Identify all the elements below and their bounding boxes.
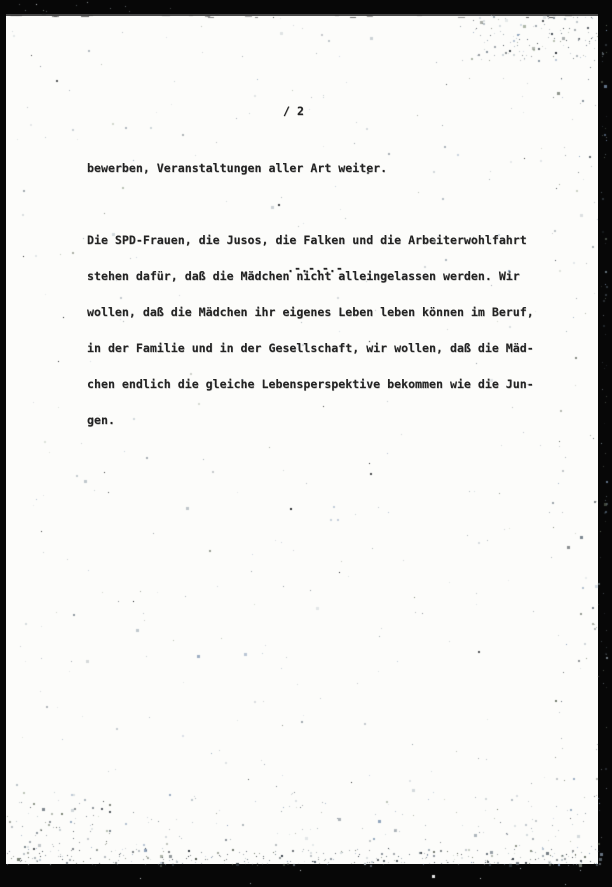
text-line: bewerben, Veranstaltungen aller Art weit… xyxy=(87,162,534,174)
document-page: / 2 bewerben, Veranstaltungen aller Art … xyxy=(6,14,598,864)
text-line: in der Familie und in der Gesellschaft, … xyxy=(87,342,534,354)
text-line: Die SPD-Frauen, die Jusos, die Falken un… xyxy=(87,234,534,246)
scanned-document: / 2 bewerben, Veranstaltungen aller Art … xyxy=(0,0,612,887)
text-line: gen. xyxy=(87,414,534,426)
text-line: chen endlich die gleiche Lebensperspekti… xyxy=(87,378,534,390)
section-separator: .-.-.-.- xyxy=(287,262,343,274)
blank-line xyxy=(87,198,534,210)
page-number: / 2 xyxy=(283,105,304,117)
text-line: wollen, daß die Mädchen ihr eigenes Lebe… xyxy=(87,306,534,318)
document-body: bewerben, Veranstaltungen aller Art weit… xyxy=(87,138,534,450)
